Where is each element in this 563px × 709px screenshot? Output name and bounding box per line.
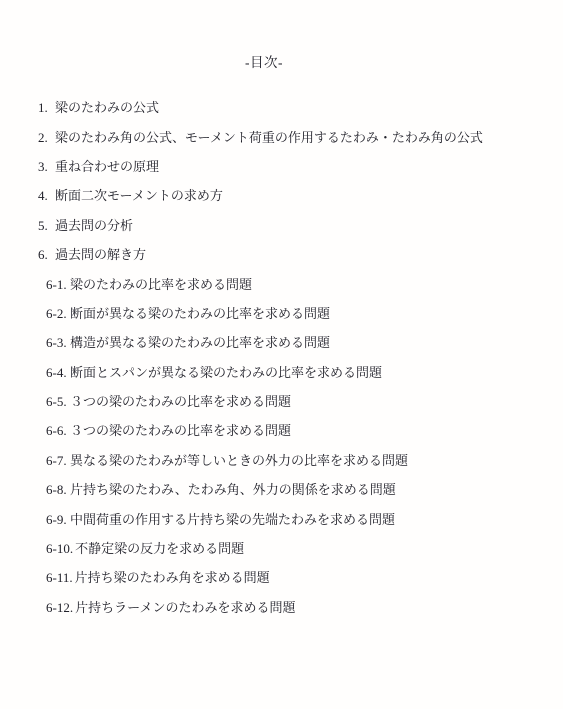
toc-item-number: 6-2. (46, 306, 70, 321)
page-title: -目次- (38, 55, 490, 70)
toc-item: 6-2. 断面が異なる梁のたわみの比率を求める問題 (0, 299, 563, 328)
toc-item: 6-5. ３つの梁のたわみの比率を求める問題 (0, 387, 563, 416)
toc-item-label: 断面二次モーメントの求め方 (55, 188, 223, 203)
toc-item-number: 2. (38, 130, 55, 145)
toc-item: 6-1. 梁のたわみの比率を求める問題 (0, 269, 563, 298)
toc-item: 5. 過去問の分析 (0, 211, 563, 240)
toc-item: 6-6. ３つの梁のたわみの比率を求める問題 (0, 416, 563, 445)
toc-item: 1. 梁のたわみの公式 (0, 93, 563, 122)
toc-item: 2. 梁のたわみ角の公式、モーメント荷重の作用するたわみ・たわみ角の公式 (0, 122, 563, 151)
toc-item-label: 片持ちラーメンのたわみを求める問題 (75, 600, 295, 615)
toc-item-number: 6-8. (46, 482, 70, 497)
toc-item-label: 片持ち梁のたわみ、たわみ角、外力の関係を求める問題 (70, 482, 396, 497)
toc-item-label: 片持ち梁のたわみ角を求める問題 (75, 570, 270, 585)
toc-item-label: ３つの梁のたわみの比率を求める問題 (70, 423, 291, 438)
toc-item: 6-3. 構造が異なる梁のたわみの比率を求める問題 (0, 328, 563, 357)
toc-item-number: 6-6. (46, 423, 70, 438)
toc-item: 6-10. 不静定梁の反力を求める問題 (0, 534, 563, 563)
toc-item-number: 6-10. (46, 541, 75, 556)
toc-item-number: 6-11. (46, 570, 75, 585)
document-page: -目次- 1. 梁のたわみの公式 2. 梁のたわみ角の公式、モーメント荷重の作用… (0, 0, 563, 709)
toc-item-number: 6-1. (46, 277, 70, 292)
toc-list: 1. 梁のたわみの公式 2. 梁のたわみ角の公式、モーメント荷重の作用するたわみ… (0, 93, 563, 622)
toc-item-number: 4. (38, 188, 55, 203)
toc-item-number: 6. (38, 247, 55, 262)
toc-item-label: 過去問の解き方 (55, 247, 146, 262)
toc-item-number: 6-3. (46, 335, 70, 350)
toc-item-number: 6-12. (46, 600, 75, 615)
toc-item: 6-8. 片持ち梁のたわみ、たわみ角、外力の関係を求める問題 (0, 475, 563, 504)
toc-item-number: 6-5. (46, 394, 70, 409)
toc-item-number: 5. (38, 218, 55, 233)
toc-item-label: 断面が異なる梁のたわみの比率を求める問題 (70, 306, 330, 321)
toc-item-label: 構造が異なる梁のたわみの比率を求める問題 (70, 335, 330, 350)
toc-item: 3. 重ね合わせの原理 (0, 152, 563, 181)
toc-item-number: 6-7. (46, 453, 70, 468)
toc-item-label: ３つの梁のたわみの比率を求める問題 (70, 394, 291, 409)
toc-item-label: 断面とスパンが異なる梁のたわみの比率を求める問題 (70, 365, 382, 380)
toc-item-label: 梁のたわみ角の公式、モーメント荷重の作用するたわみ・たわみ角の公式 (55, 130, 483, 145)
toc-item: 6-9. 中間荷重の作用する片持ち梁の先端たわみを求める問題 (0, 504, 563, 533)
toc-item-label: 中間荷重の作用する片持ち梁の先端たわみを求める問題 (70, 512, 395, 527)
toc-item: 6-4. 断面とスパンが異なる梁のたわみの比率を求める問題 (0, 358, 563, 387)
toc-item: 6-11. 片持ち梁のたわみ角を求める問題 (0, 563, 563, 592)
toc-item-number: 6-4. (46, 365, 70, 380)
toc-item-label: 過去問の分析 (55, 218, 133, 233)
toc-item-number: 3. (38, 159, 55, 174)
toc-item-label: 梁のたわみの公式 (55, 100, 159, 115)
toc-item-label: 異なる梁のたわみが等しいときの外力の比率を求める問題 (70, 453, 408, 468)
toc-item-label: 不静定梁の反力を求める問題 (75, 541, 244, 556)
toc-item: 6-7. 異なる梁のたわみが等しいときの外力の比率を求める問題 (0, 446, 563, 475)
toc-item-label: 梁のたわみの比率を求める問題 (70, 277, 252, 292)
toc-item: 6. 過去問の解き方 (0, 240, 563, 269)
toc-item-number: 1. (38, 100, 55, 115)
toc-item-number: 6-9. (46, 512, 70, 527)
toc-item: 6-12. 片持ちラーメンのたわみを求める問題 (0, 593, 563, 622)
toc-item-label: 重ね合わせの原理 (55, 159, 159, 174)
toc-item: 4. 断面二次モーメントの求め方 (0, 181, 563, 210)
